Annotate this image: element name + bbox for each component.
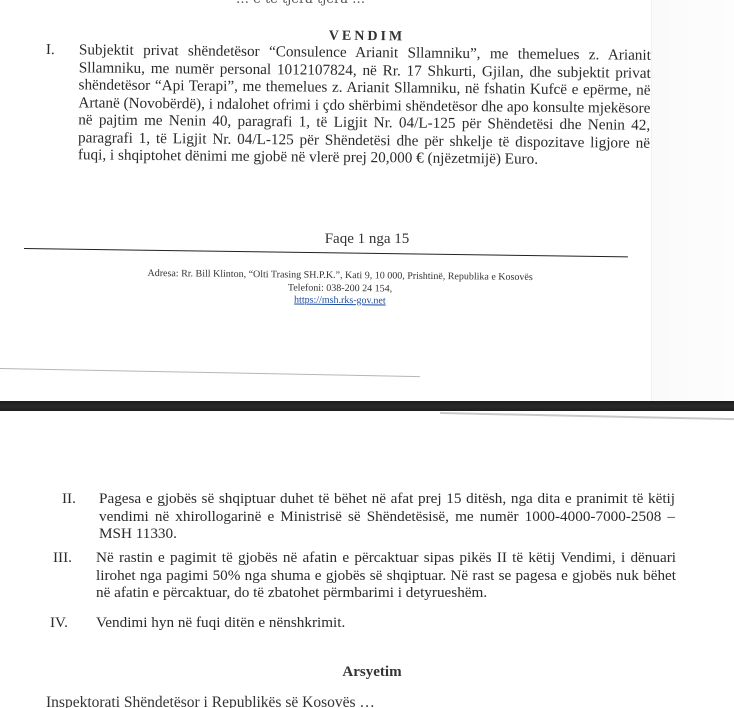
scan-edge (651, 0, 734, 401)
footer-website-link[interactable]: https://msh.rks-gov.net (294, 295, 386, 307)
item-text: Në rastin e pagimit të gjobës në afatin … (96, 549, 676, 602)
section-heading-arsyetim: Arsyetim (0, 664, 734, 681)
footer-divider (24, 248, 628, 257)
page-separator-bar (0, 401, 734, 411)
item-text: Pagesa e gjobës së shqiptuar duhet të bë… (99, 490, 675, 543)
item-text: Subjektit privat shëndetësor “Consulence… (78, 41, 651, 169)
cut-off-text: Inspektorati Shëndetësor i Republikës së… (46, 694, 375, 708)
cut-off-text: … e të tjera tjera … (236, 0, 365, 7)
page-number: Faqe 1 nga 15 (0, 231, 734, 248)
item-number: IV. (50, 614, 68, 632)
item-number: I. (46, 41, 55, 59)
page-edge-shadow (0, 368, 420, 377)
item-number: III. (53, 549, 72, 567)
item-number: II. (62, 490, 76, 508)
document-page-1: … e të tjera tjera … VENDIM I. Subjektit… (0, 0, 734, 401)
footer-address-block: Adresa: Rr. Bill Klinton, “Olti Trasing … (0, 266, 680, 311)
item-text: Vendimi hyn në fuqi ditën e nënshkrimit. (96, 614, 666, 632)
